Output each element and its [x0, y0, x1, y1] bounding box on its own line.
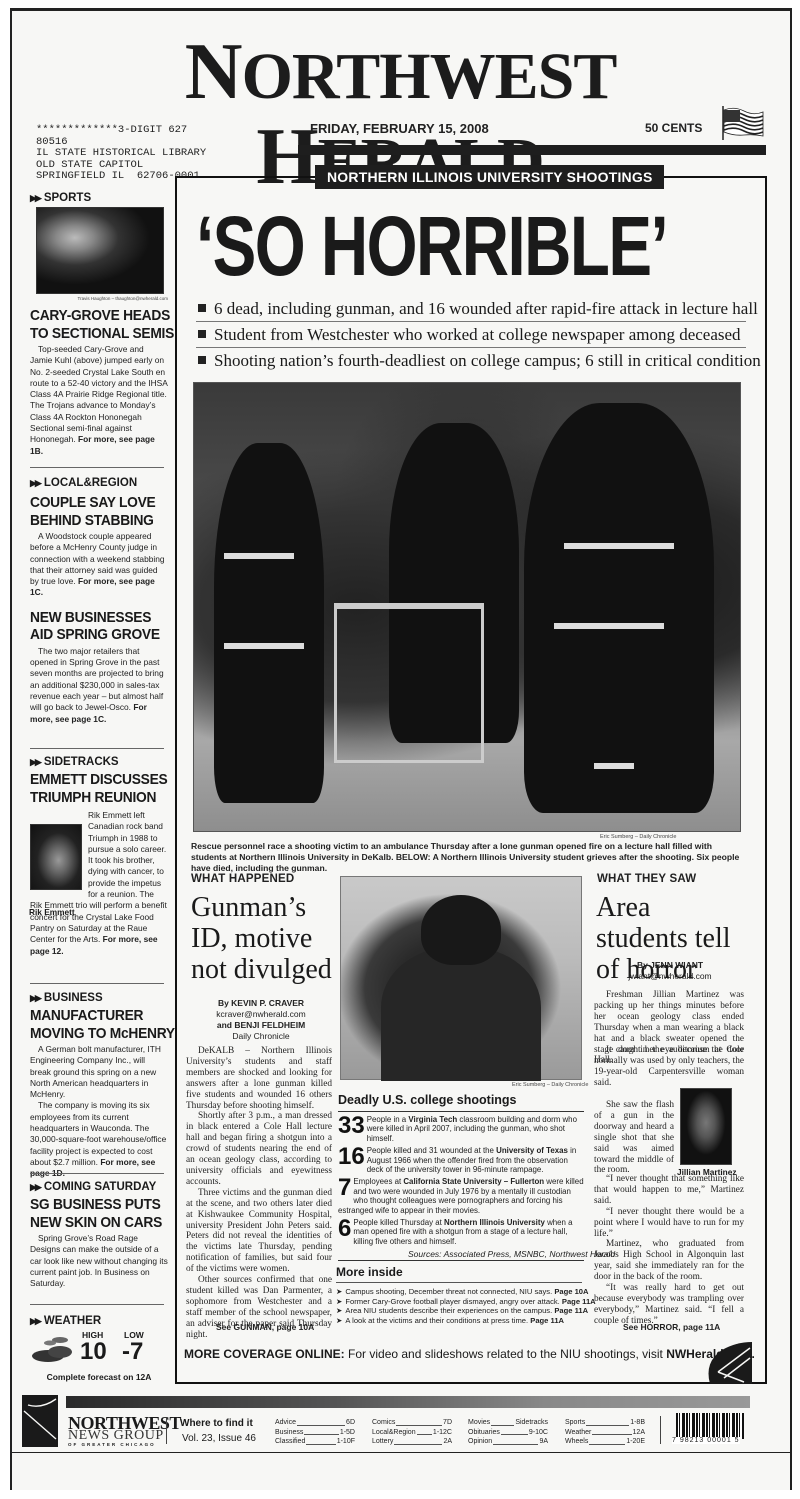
- issue-date: FRIDAY, FEBRUARY 15, 2008: [310, 121, 489, 136]
- double-arrow-icon: ▶▶: [30, 478, 40, 488]
- index-column: Comics7D Local&Region1-12C Lottery2A: [372, 1418, 452, 1447]
- rail-local: ▶▶LOCAL&REGION COUPLE SAY LOVEBEHIND STA…: [30, 477, 168, 725]
- rail-section-label: ▶▶SIDETRACKS: [30, 756, 168, 768]
- index-title: Where to find it: [180, 1418, 253, 1429]
- divider: [30, 983, 164, 984]
- divider: [660, 1416, 661, 1444]
- mailing-label: *************3-DIGIT 627 80516 IL STATE …: [36, 125, 206, 183]
- arrow-right-icon: ➤: [336, 1297, 342, 1306]
- index-row[interactable]: Business1-5D: [275, 1428, 355, 1438]
- photo-credit: Eric Sumberg – Daily Chronicle: [600, 834, 676, 840]
- rail-sidetracks: ▶▶SIDETRACKS EMMETT DISCUSSESTRIUMPH REU…: [30, 756, 168, 957]
- rail-body: Spring Grove’s Road Rage Designs can mak…: [30, 1233, 168, 1289]
- index-column: Advice6D Business1-5D Classified1-10F: [275, 1418, 355, 1447]
- index-row[interactable]: Sports1-8B: [565, 1418, 645, 1428]
- story-body: DeKALB – Northern Illinois University’s …: [186, 1046, 332, 1340]
- masthead-rule: [298, 145, 766, 155]
- rail-weather: ▶▶WEATHER HIGH 10 LOW -7 Complete foreca…: [30, 1315, 168, 1382]
- double-arrow-icon: ▶▶: [30, 1182, 40, 1192]
- rail-headline[interactable]: EMMETT DISCUSSESTRIUMPH REUNION: [30, 771, 157, 806]
- bullet-square-icon: [198, 330, 206, 338]
- photo-figure: [381, 947, 541, 1081]
- photo-figure: [214, 443, 324, 803]
- more-inside-item[interactable]: ➤Area NIU students describe their experi…: [336, 1306, 586, 1316]
- rik-emmett-photo: [30, 824, 82, 890]
- index-row[interactable]: Classified1-10F: [275, 1437, 355, 1447]
- index-row[interactable]: Lottery2A: [372, 1437, 452, 1447]
- divider: [338, 1111, 584, 1112]
- divider: [336, 1282, 582, 1283]
- reflective-stripe: [594, 763, 634, 769]
- divider: [338, 1260, 584, 1261]
- bullet-square-icon: [198, 356, 206, 364]
- photo-caption: Rescue personnel race a shooting victim …: [191, 841, 747, 874]
- rail-body: Rik Emmett left Canadian rock band Trium…: [30, 810, 168, 957]
- news-group-subname: NEWS GROUP: [68, 1430, 164, 1442]
- byline: By JENN WIANT jwiant@nwherald.com: [600, 960, 740, 982]
- index-row[interactable]: Opinion9A: [468, 1437, 548, 1447]
- rail-body: Top-seeded Cary-Grove and Jamie Kuhl (ab…: [30, 344, 168, 457]
- online-promo: MORE COVERAGE ONLINE: For video and slid…: [184, 1347, 755, 1361]
- divider: [30, 748, 164, 749]
- rail-headline[interactable]: COUPLE SAY LOVEBEHIND STABBING: [30, 494, 157, 529]
- jump-link[interactable]: See GUNMAN, page 10A: [216, 1322, 314, 1332]
- news-group-tagline: OF GREATER CHICAGO: [68, 1442, 156, 1447]
- story-body-bottom: “I never thought that something like tha…: [594, 1174, 744, 1327]
- byline: By KEVIN P. CRAVER kcraver@nwherald.com …: [191, 998, 331, 1042]
- double-arrow-icon: ▶▶: [30, 993, 40, 1003]
- issue-price: 50 CENTS: [645, 121, 702, 135]
- stretcher: [334, 603, 484, 763]
- more-inside-item[interactable]: ➤Campus shooting, December threat not co…: [336, 1287, 586, 1297]
- story-kicker: NORTHERN ILLINOIS UNIVERSITY SHOOTINGS: [315, 165, 664, 189]
- rail-body: A Woodstock couple appeared before a McH…: [30, 531, 168, 599]
- photo-figure: [524, 403, 714, 813]
- rail-headline[interactable]: MANUFACTURERMOVING TO McHENRY: [30, 1007, 157, 1042]
- weather-summary: HIGH 10 LOW -7: [30, 1330, 168, 1368]
- lead-headline: ‘SO HORRIBLE’: [196, 200, 667, 292]
- shooting-entry: 7Employees at California State Universit…: [338, 1177, 584, 1215]
- reflective-stripe: [554, 623, 664, 629]
- sources-note: Sources: Associated Press, MSNBC, Northw…: [408, 1249, 615, 1259]
- arrow-right-icon: ➤: [336, 1316, 342, 1325]
- jillian-martinez-photo: [680, 1088, 732, 1165]
- lead-bullets: 6 dead, including gunman, and 16 wounded…: [196, 296, 746, 373]
- volume-issue: Vol. 23, Issue 46: [182, 1433, 256, 1444]
- footer-bar: [66, 1396, 750, 1408]
- niu-logo-icon: [704, 1342, 752, 1384]
- double-arrow-icon: ▶▶: [30, 757, 40, 767]
- double-arrow-icon: ▶▶: [30, 1316, 40, 1326]
- rail-coming-saturday: ▶▶COMING SATURDAY SG BUSINESS PUTSNEW SK…: [30, 1181, 168, 1289]
- divider: [166, 1418, 167, 1444]
- high-temp: 10: [80, 1339, 107, 1365]
- rail-body: The two major retailers that opened in S…: [30, 646, 168, 725]
- lead-bullet: Student from Westchester who worked at c…: [196, 322, 746, 348]
- barcode-icon: [676, 1413, 744, 1439]
- lead-bullet: Shooting nation’s fourth-deadliest on co…: [196, 348, 746, 373]
- rail-headline[interactable]: CARY-GROVE HEADSTO SECTIONAL SEMIS: [30, 307, 157, 342]
- shooting-entry: 33People in a Virginia Tech classroom bu…: [338, 1115, 584, 1143]
- shooting-entry: 6People killed Thursday at Northern Illi…: [338, 1218, 584, 1246]
- divider: [30, 1304, 164, 1305]
- barcode-number: 7 98213 00001 5: [672, 1437, 740, 1444]
- low-temp: -7: [122, 1339, 143, 1365]
- rail-section-label: ▶▶BUSINESS: [30, 992, 168, 1004]
- reflective-stripe: [564, 543, 674, 549]
- index-row[interactable]: MoviesSidetracks: [468, 1418, 548, 1428]
- story-body-mid: It caught her eye because the door norma…: [594, 1045, 744, 1089]
- rescue-photo: [193, 382, 741, 832]
- photo-credit: Travis Haughton – thaughton@nwherald.com: [30, 296, 168, 301]
- rail-headline[interactable]: SG BUSINESS PUTSNEW SKIN ON CARS: [30, 1196, 157, 1231]
- reflective-stripe: [224, 643, 304, 649]
- more-inside-item[interactable]: ➤A look at the victims and their conditi…: [336, 1316, 586, 1326]
- cloud-icon: [30, 1334, 80, 1364]
- shootings-list: 33People in a Virginia Tech classroom bu…: [338, 1115, 584, 1249]
- rail-section-label: ▶▶SPORTS: [30, 192, 168, 204]
- divider: [30, 467, 164, 468]
- photo-caption: Rik Emmett: [29, 907, 75, 917]
- sidebar-title: Deadly U.S. college shootings: [338, 1093, 517, 1107]
- forecast-link[interactable]: Complete forecast on 12A: [30, 1372, 168, 1382]
- arrow-right-icon: ➤: [336, 1287, 342, 1296]
- rail-section-label: ▶▶WEATHER: [30, 1315, 168, 1327]
- photo-credit: Eric Sumberg – Daily Chronicle: [512, 1082, 588, 1088]
- more-inside-list: ➤Campus shooting, December threat not co…: [336, 1287, 586, 1325]
- rail-body: A German bolt manufacturer, ITH Engineer…: [30, 1044, 168, 1180]
- rail-sports: ▶▶SPORTS Travis Haughton – thaughton@nwh…: [30, 192, 168, 457]
- bullet-square-icon: [198, 304, 206, 312]
- index-column: MoviesSidetracks Obituaries9-10C Opinion…: [468, 1418, 548, 1447]
- index-row[interactable]: Advice6D: [275, 1418, 355, 1428]
- index-row[interactable]: Wheels1-20E: [565, 1437, 645, 1447]
- jump-link[interactable]: See HORROR, page 11A: [623, 1322, 720, 1332]
- us-flag-icon: [722, 106, 764, 140]
- more-inside-title: More inside: [336, 1265, 403, 1279]
- footer-rule: [10, 1452, 792, 1453]
- index-row[interactable]: Weather12A: [565, 1428, 645, 1438]
- reflective-stripe: [224, 553, 294, 559]
- lead-bullet: 6 dead, including gunman, and 16 wounded…: [196, 296, 746, 322]
- rail-section-label: ▶▶LOCAL&REGION: [30, 477, 168, 489]
- news-group-logo-icon: [22, 1395, 58, 1447]
- rail-headline[interactable]: NEW BUSINESSESAID SPRING GROVE: [30, 609, 157, 644]
- photo-figure: [421, 895, 501, 965]
- index-column: Sports1-8B Weather12A Wheels1-20E: [565, 1418, 645, 1447]
- more-inside-item[interactable]: ➤Former Cary-Grove football player disma…: [336, 1297, 586, 1307]
- story-headline: Gunman’s ID, motive not divulged: [191, 892, 336, 985]
- rail-section-label: ▶▶COMING SATURDAY: [30, 1181, 168, 1193]
- double-arrow-icon: ▶▶: [30, 193, 40, 203]
- section-label: WHAT THEY SAW: [597, 873, 696, 885]
- arrow-right-icon: ➤: [336, 1306, 342, 1315]
- story-body-wrap: She saw the flash of a gun in the doorwa…: [594, 1100, 674, 1176]
- shooting-entry: 16People killed and 31 wounded at the Un…: [338, 1146, 584, 1174]
- index-row[interactable]: Comics7D: [372, 1418, 452, 1428]
- section-label: WHAT HAPPENED: [191, 873, 294, 885]
- index-row[interactable]: Obituaries9-10C: [468, 1428, 548, 1438]
- sports-photo: [36, 207, 164, 294]
- rail-business: ▶▶BUSINESS MANUFACTURERMOVING TO McHENRY…: [30, 992, 168, 1180]
- divider: [30, 1173, 164, 1174]
- index-row[interactable]: Local&Region1-12C: [372, 1428, 452, 1438]
- grieving-student-photo: [340, 876, 582, 1080]
